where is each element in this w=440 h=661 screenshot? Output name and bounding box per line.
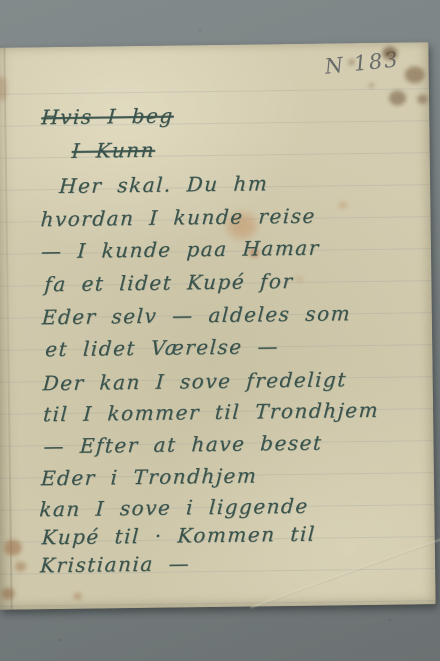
manuscript-line-6: fa et lidet Kupé for bbox=[44, 268, 295, 297]
manuscript-line-2: I Kunn bbox=[71, 137, 156, 164]
manuscript-line-14: Kupé til · Kommen til bbox=[41, 521, 317, 551]
manuscript-line-7: Eder selv — aldeles som bbox=[41, 300, 352, 330]
manuscript-line-3: Her skal. Du hm bbox=[58, 170, 269, 199]
stain bbox=[369, 83, 374, 88]
manuscript-line-10: til I kommer til Trondhjem bbox=[42, 397, 379, 427]
stain bbox=[4, 540, 22, 556]
stain bbox=[405, 66, 425, 83]
stain bbox=[15, 561, 26, 571]
manuscript-line-13: kan I sove i liggende bbox=[39, 493, 310, 523]
stain bbox=[73, 593, 81, 600]
manuscript-line-12: Eder i Trondhjem bbox=[40, 462, 258, 491]
stain bbox=[338, 201, 347, 209]
stain bbox=[295, 276, 303, 283]
manuscript-line-4: hvordan I kunde reise bbox=[40, 203, 317, 233]
catalog-number: N 183 bbox=[324, 47, 401, 78]
manuscript-line-15: Kristiania — bbox=[39, 550, 191, 578]
photo-background: N 183 Hvis I beg I Kunn Her skal. Du hm … bbox=[0, 0, 440, 661]
manuscript-line-5: — I kunde paa Hamar bbox=[40, 235, 320, 265]
stain bbox=[1, 588, 14, 600]
manuscript-line-11: — Efter at have beset bbox=[43, 430, 324, 460]
manuscript-line-8: et lidet Værelse — bbox=[45, 333, 280, 362]
binding-fold bbox=[3, 48, 12, 610]
stain bbox=[389, 90, 406, 105]
manuscript-page: N 183 Hvis I beg I Kunn Her skal. Du hm … bbox=[0, 42, 436, 610]
manuscript-line-1: Hvis I beg bbox=[41, 102, 175, 130]
manuscript-line-9: Der kan I sove fredeligt bbox=[42, 366, 348, 396]
stain bbox=[417, 94, 428, 104]
